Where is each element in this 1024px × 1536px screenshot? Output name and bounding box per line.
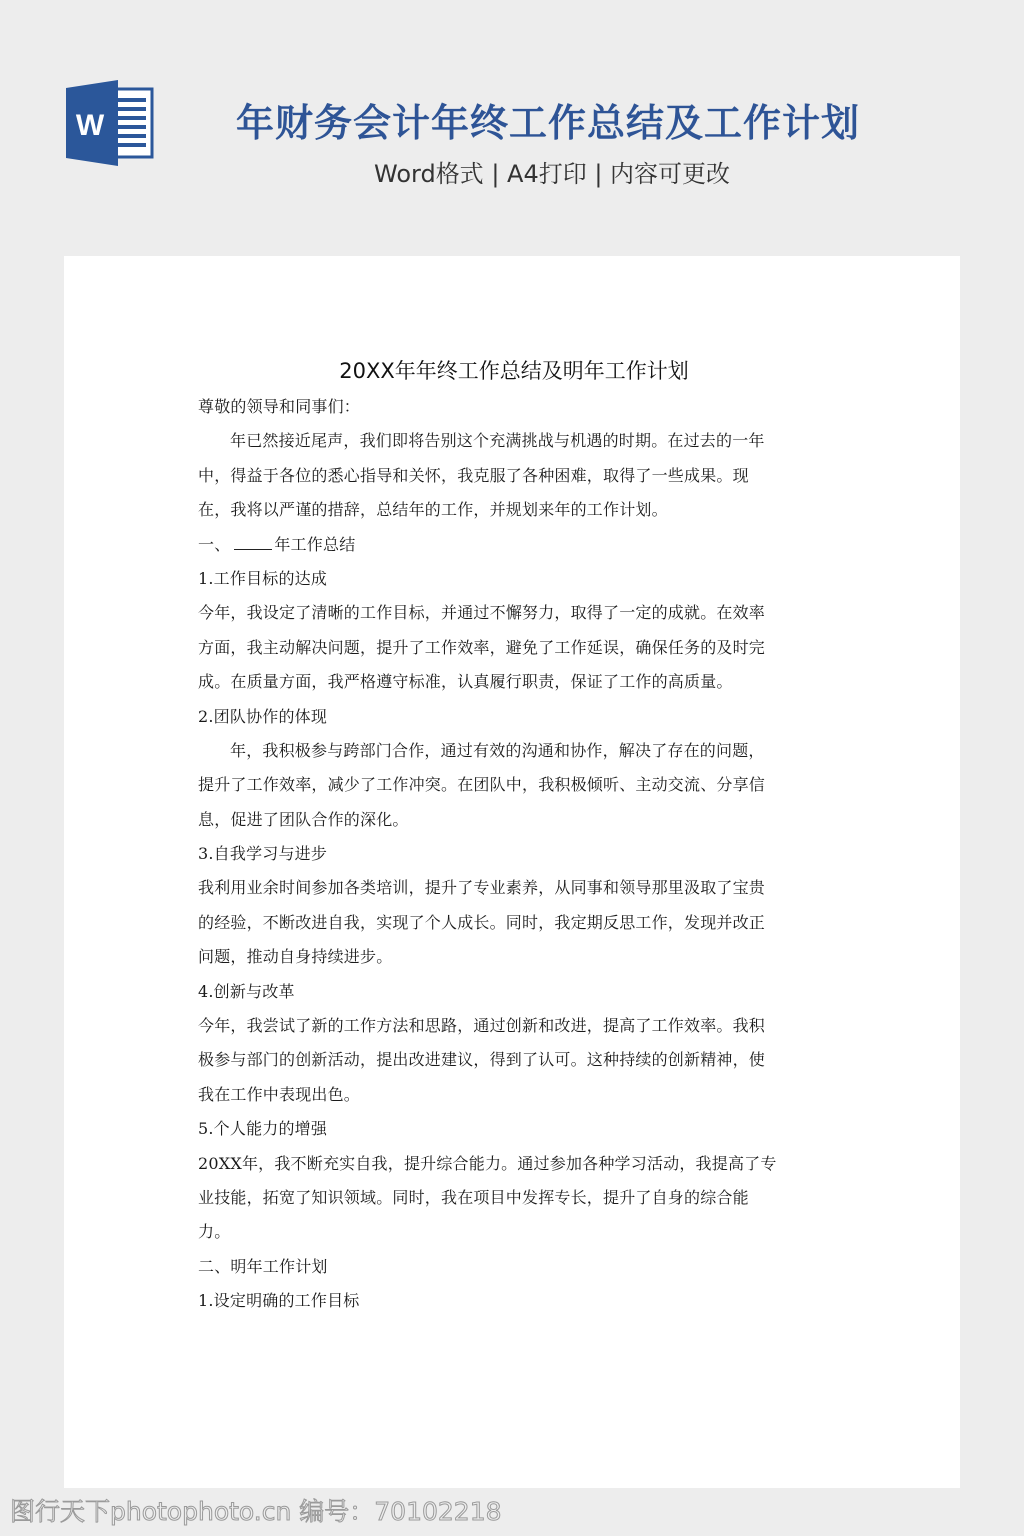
doc-line: 20XX年，我不断充实自我，提升综合能力。通过参加各种学习活动，我提高了专 (198, 1147, 828, 1181)
doc-line: 我利用业余时间参加各类培训，提升了专业素养，从同事和领导那里汲取了宝贵 (198, 871, 828, 905)
doc-line: 今年，我尝试了新的工作方法和思路，通过创新和改进，提高了工作效率。我积 (198, 1009, 828, 1043)
doc-line: 年已然接近尾声，我们即将告别这个充满挑战与机遇的时期。在过去的一年 (198, 424, 828, 458)
document-title: 20XX年年终工作总结及明年工作计划 (194, 352, 834, 390)
doc-line: 力。 (198, 1215, 828, 1249)
subheading: 1.设定明确的工作目标 (198, 1284, 828, 1318)
document-body: 20XX年年终工作总结及明年工作计划 尊敬的领导和同事们： 年已然接近尾声，我们… (198, 352, 828, 1319)
subheading: 1.工作目标的达成 (198, 562, 828, 596)
doc-line: 的经验，不断改进自我，实现了个人成长。同时，我定期反思工作，发现并改正 (198, 906, 828, 940)
doc-line: 年，我积极参与跨部门合作，通过有效的沟通和协作，解决了存在的问题， (198, 734, 828, 768)
subheading: 4.创新与改革 (198, 975, 828, 1009)
doc-line: 中，得益于各位的悉心指导和关怀，我克服了各种困难，取得了一些成果。现 (198, 459, 828, 493)
subheading: 3.自我学习与进步 (198, 837, 828, 871)
doc-line: 方面，我主动解决问题，提升了工作效率，避免了工作延误，确保任务的及时完 (198, 631, 828, 665)
watermark: 图行天下photophoto.cn 编号：70102218 (10, 1492, 502, 1528)
svg-text:W: W (76, 109, 105, 142)
document-page: 20XX年年终工作总结及明年工作计划 尊敬的领导和同事们： 年已然接近尾声，我们… (64, 256, 960, 1488)
section-title: 年工作总结 (274, 535, 355, 554)
subheading: 2.团队协作的体现 (198, 700, 828, 734)
fill-in-blank (234, 535, 272, 550)
header-subtitle: Word格式 | A4打印 | 内容可更改 (374, 154, 730, 189)
section-heading-2: 二、明年工作计划 (198, 1250, 828, 1284)
doc-line: 在，我将以严谨的措辞，总结年的工作，并规划来年的工作计划。 (198, 493, 828, 527)
doc-line: 问题，推动自身持续进步。 (198, 940, 828, 974)
doc-line: 我在工作中表现出色。 (198, 1078, 828, 1112)
doc-line: 业技能，拓宽了知识领域。同时，我在项目中发挥专长，提升了自身的综合能 (198, 1181, 828, 1215)
header-title: 年财务会计年终工作总结及工作计划 (236, 92, 860, 147)
doc-line: 极参与部门的创新活动，提出改进建议，得到了认可。这种持续的创新精神，使 (198, 1043, 828, 1077)
doc-line: 成。在质量方面，我严格遵守标准，认真履行职责，保证了工作的高质量。 (198, 665, 828, 699)
word-icon: W (64, 80, 156, 166)
header: W 年财务会计年终工作总结及工作计划 Word格式 | A4打印 | 内容可更改 (0, 0, 1024, 240)
doc-line: 今年，我设定了清晰的工作目标，并通过不懈努力，取得了一定的成就。在效率 (198, 596, 828, 630)
doc-line: 尊敬的领导和同事们： (198, 390, 828, 424)
doc-line: 息，促进了团队合作的深化。 (198, 803, 828, 837)
subheading: 5.个人能力的增强 (198, 1112, 828, 1146)
section-heading-1: 一、年工作总结 (198, 528, 828, 562)
doc-line: 提升了工作效率，减少了工作冲突。在团队中，我积极倾听、主动交流、分享信 (198, 768, 828, 802)
section-number: 一、 (198, 535, 230, 554)
